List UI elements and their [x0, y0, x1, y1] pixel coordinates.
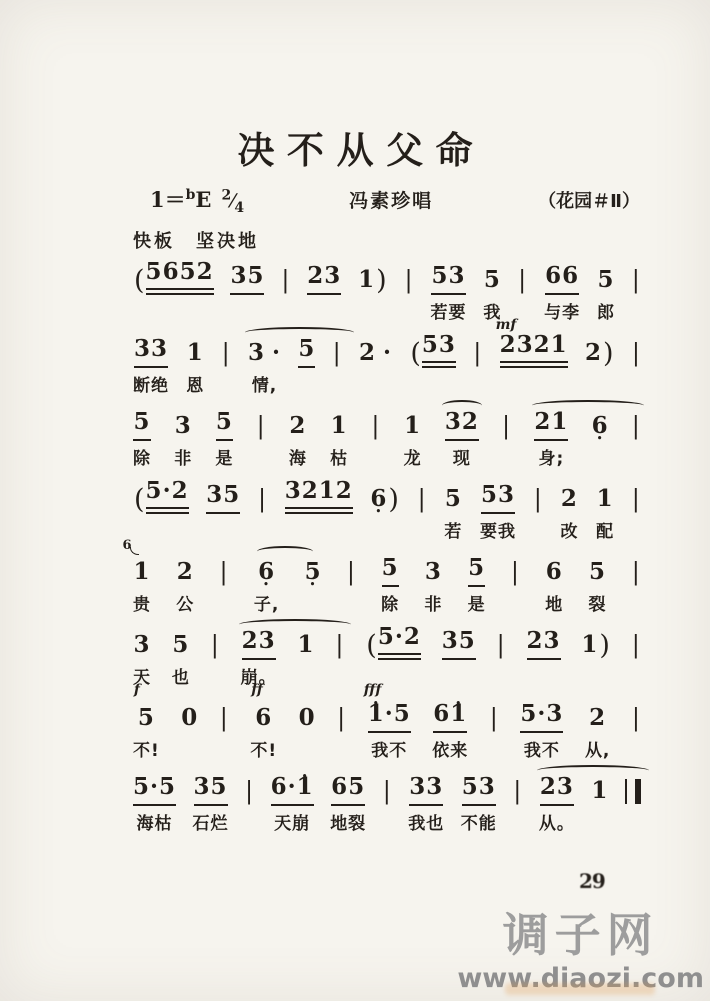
note-unit: 2从, — [585, 701, 610, 760]
lyric: 非 — [424, 590, 442, 614]
lyric: 天崩 — [274, 809, 310, 833]
lyric: 依来 — [432, 736, 468, 760]
barline: | — [337, 701, 346, 760]
note-unit: 5除 — [381, 555, 399, 614]
barline: | — [220, 701, 229, 760]
lyric: 从。 — [539, 809, 575, 833]
lyric: 公 — [176, 590, 194, 614]
note-unit: 6·1天崩 — [271, 774, 314, 833]
lyric: 不! — [250, 736, 277, 760]
barline: | — [502, 409, 511, 468]
note-unit: 3212 — [285, 482, 353, 541]
note-unit: 5除 — [133, 409, 151, 468]
music-line: (5·235|32126)|5若53要我|2改1配| — [133, 482, 641, 544]
barline: | — [257, 409, 266, 468]
music-line: 61贵2公|6子,5|5除3非5是|6地5裂| — [133, 555, 641, 617]
key-note: E — [195, 187, 211, 212]
dynamic-marking: ff — [251, 683, 263, 697]
barline: | — [333, 336, 342, 395]
note-unit: 3非 — [174, 409, 192, 468]
barline: | — [222, 336, 231, 395]
barline: | — [632, 409, 641, 468]
lyric: 也 — [172, 663, 190, 687]
dynamic-marking: f — [134, 683, 140, 697]
lyric: 从, — [585, 736, 610, 760]
close-paren: ) — [602, 340, 615, 368]
page-number: 29 — [579, 869, 605, 893]
barline: | — [473, 336, 482, 395]
lyric: 不! — [133, 736, 160, 760]
barline: | — [534, 482, 543, 541]
note-unit: 2海 — [289, 409, 307, 468]
barline: | — [518, 263, 527, 322]
note-unit: 5是 — [468, 555, 486, 614]
note-unit: f5不! — [133, 701, 160, 760]
note-unit: 32现 — [445, 409, 479, 468]
final-barline-glyph — [625, 779, 641, 804]
close-paren: ) — [375, 267, 388, 295]
lyric: 石烂 — [193, 809, 229, 833]
lyric: 我不 — [524, 736, 560, 760]
meta-row: 1＝bE2⁄4 冯素珍唱 （花园＃Ⅱ） — [150, 184, 640, 216]
barline: | — [632, 263, 641, 322]
lyric: 非 — [174, 444, 192, 468]
lyric: 贵 — [133, 590, 151, 614]
lyric: 情, — [252, 371, 277, 395]
note-unit: 3非 — [424, 555, 442, 614]
lyric: 除 — [133, 444, 151, 468]
barline: | — [632, 336, 641, 395]
note-unit: 66与李 — [544, 263, 580, 322]
lyric: 除 — [381, 590, 399, 614]
note-unit: 61依来 — [432, 701, 468, 760]
note-unit: 6) — [370, 482, 400, 541]
note-unit: 2· — [359, 336, 392, 395]
note-unit: 5我 — [483, 263, 501, 322]
note-unit: 35石烂 — [193, 774, 229, 833]
barline: | — [632, 555, 641, 614]
grace-note: 6 — [122, 539, 131, 552]
barline: | — [347, 555, 356, 614]
lyric: 断绝 — [133, 371, 169, 395]
barline: | — [632, 482, 641, 541]
barline: | — [371, 409, 380, 468]
barline: | — [281, 263, 290, 322]
tempo-marking: 快板 坚决地 — [133, 227, 259, 253]
note-unit: (53 — [409, 336, 456, 395]
performer: 冯素珍唱 — [349, 186, 433, 213]
barline: | — [497, 628, 506, 687]
score: (565235|231)|53若要5我|66与李5郎|33断绝1恩|3·情,5|… — [133, 263, 641, 847]
barline: | — [632, 701, 641, 760]
note-unit: (5652 — [133, 263, 214, 322]
scene-tag: （花园＃Ⅱ） — [538, 187, 640, 213]
open-paren: ( — [409, 340, 422, 368]
note-unit: 1 — [297, 628, 314, 687]
note-unit: 5也 — [172, 628, 190, 687]
lyric: 改 — [560, 517, 578, 541]
note-unit: 2公 — [176, 555, 194, 614]
note-unit: 23 — [527, 628, 561, 687]
note-unit: 53要我 — [480, 482, 516, 541]
note-unit: 1) — [581, 628, 611, 687]
barline: | — [418, 482, 427, 541]
flat-accidental: b — [186, 187, 196, 203]
song-title: 决不从父命 — [0, 120, 710, 174]
note-unit: 5·5海枯 — [133, 774, 176, 833]
note-unit: 61贵 — [133, 555, 151, 614]
note-unit: 23 — [307, 263, 341, 322]
barline: | — [258, 482, 267, 541]
lyric: 枯 — [330, 444, 348, 468]
meter-numerator: 2 — [221, 188, 231, 204]
music-line: 3天5也|23崩。1|(5·235|231)| — [133, 628, 641, 690]
note-unit: 53不能 — [461, 774, 497, 833]
lyric: 裂 — [589, 590, 607, 614]
note-unit: 23崩。 — [241, 628, 277, 687]
note-unit: 1 — [591, 774, 608, 833]
key-signature: 1＝bE2⁄4 — [150, 184, 244, 216]
lyric: 海枯 — [137, 809, 173, 833]
music-line: f5不!0|ff6不!0|fff1·5我不61依来|5·3我不2从,| — [133, 701, 641, 763]
watermark-site-name: 调子网 — [457, 910, 704, 961]
note-unit: 53若要 — [430, 263, 466, 322]
note-unit: 23从。 — [539, 774, 575, 833]
note-unit: 5 — [305, 555, 322, 614]
lyric: 地裂 — [330, 809, 366, 833]
close-paren: ) — [387, 486, 400, 514]
note-unit: 35 — [442, 628, 476, 687]
note-unit: 5若 — [444, 482, 462, 541]
meter-denominator: 4 — [234, 200, 244, 216]
music-line: 5·5海枯35石烂|6·1天崩65地裂|33我也53不能|23从。1 — [133, 774, 641, 836]
note-unit: 65地裂 — [330, 774, 366, 833]
watermark: 调子网 www.diaozi.com — [457, 910, 704, 993]
final-barline — [625, 774, 641, 833]
note-unit: 6子, — [254, 555, 279, 614]
lyric: 身; — [538, 444, 564, 468]
note-unit: (5·2 — [133, 482, 189, 541]
barline: | — [490, 701, 499, 760]
lyric: 与李 — [544, 298, 580, 322]
lyric: 现 — [453, 444, 471, 468]
watermark-ghost-highlight — [505, 983, 655, 995]
barline: | — [405, 263, 414, 322]
sheet-music-page: 决不从父命 1＝bE2⁄4 冯素珍唱 （花园＃Ⅱ） 快板 坚决地 (565235… — [0, 0, 710, 1001]
lyric: 恩 — [186, 371, 204, 395]
music-line: (565235|231)|53若要5我|66与李5郎| — [133, 263, 641, 325]
note-unit: 3·情, — [248, 336, 281, 395]
note-unit: 1配 — [596, 482, 614, 541]
note-unit: 5 — [298, 336, 315, 395]
barline: | — [383, 774, 392, 833]
note-unit: 3天 — [133, 628, 151, 687]
watermark-site-url: www.diaozi.com — [457, 964, 704, 994]
note-unit: fff1·5我不 — [368, 701, 411, 760]
time-signature: 2⁄4 — [221, 190, 244, 212]
note-unit: 35 — [230, 263, 264, 322]
lyric: 要我 — [480, 517, 516, 541]
note-unit: 5郎 — [597, 263, 615, 322]
barline: | — [245, 774, 254, 833]
barline: | — [511, 555, 520, 614]
note-unit: 33我也 — [408, 774, 444, 833]
barline: | — [220, 555, 229, 614]
lyric: 配 — [596, 517, 614, 541]
note-unit: 5裂 — [589, 555, 607, 614]
lyric: 龙 — [404, 444, 422, 468]
note-unit: 5·3我不 — [520, 701, 563, 760]
note-unit: 0 — [299, 701, 316, 760]
note-unit: 6地 — [545, 555, 563, 614]
note-unit: ff6不! — [250, 701, 277, 760]
open-paren: ( — [365, 632, 378, 660]
lyric: 不能 — [461, 809, 497, 833]
lyric: 我也 — [408, 809, 444, 833]
lyric: 若要 — [430, 298, 466, 322]
open-paren: ( — [133, 267, 146, 295]
lyric: 若 — [444, 517, 462, 541]
note-unit: 2改 — [560, 482, 578, 541]
key-prefix: 1＝ — [150, 187, 186, 212]
note-unit: 5是 — [215, 409, 233, 468]
lyric: 我不 — [371, 736, 407, 760]
note-unit: 1枯 — [330, 409, 348, 468]
note-unit: (5·2 — [365, 628, 421, 687]
note-unit: 1) — [358, 263, 388, 322]
lyric: 郎 — [597, 298, 615, 322]
lyric: 是 — [468, 590, 486, 614]
note-unit: 1龙 — [404, 409, 422, 468]
note-unit: 1恩 — [186, 336, 204, 395]
barline: | — [335, 628, 344, 687]
barline: | — [513, 774, 522, 833]
close-paren: ) — [598, 632, 611, 660]
music-line: 5除3非5是|2海1枯|1龙32现|21身;6| — [133, 409, 641, 471]
note-unit: 21身; — [534, 409, 568, 468]
note-unit: 2) — [585, 336, 615, 395]
note-unit: 33断绝 — [133, 336, 169, 395]
open-paren: ( — [133, 486, 146, 514]
lyric: 海 — [289, 444, 307, 468]
lyric: 地 — [545, 590, 563, 614]
barline: | — [211, 628, 220, 687]
music-line: 33断绝1恩|3·情,5|2·(53|mf23212)| — [133, 336, 641, 398]
note-unit: mf2321 — [500, 336, 568, 395]
note-unit: 6 — [592, 409, 609, 468]
note-unit: 0 — [181, 701, 198, 760]
barline: | — [632, 628, 641, 687]
lyric: 是 — [215, 444, 233, 468]
note-unit: 35 — [206, 482, 240, 541]
